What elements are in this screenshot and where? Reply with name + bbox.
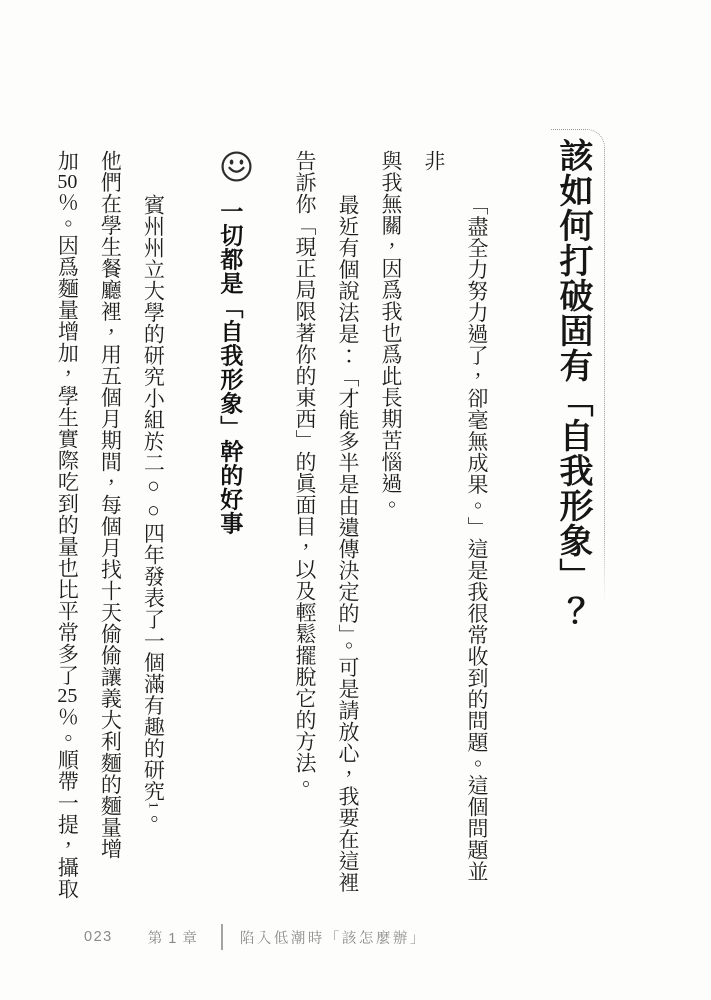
- text-run: 告訴你「現正局限著你的東西」的眞面目，以及輕鬆擺脫它的方法。: [293, 150, 317, 795]
- body-text-column: 最近有個說法是：「才能多半是由遺傳決定的」。可是請放心，我要在這裡: [326, 150, 369, 900]
- text-run: 他們在學生餐廳裡，用五個月期間，每個月找十天偷偷讓義大利麵的麵量增: [98, 150, 122, 860]
- smiley-face-icon: [220, 150, 253, 183]
- text-run: ％。因爲麵量增加，學生實際吃到的量也比平常多了: [55, 192, 79, 687]
- page-footer: 023 第 1 章 陷入低潮時「該怎麼辦」: [84, 922, 427, 952]
- book-page: 該如何打破固有「自我形象」？ 「盡全力努力過了，卻毫無成果。」這是我很常收到的問…: [0, 0, 711, 1000]
- body-text-block: 「盡全力努力過了，卻毫無成果。」這是我很常收到的問題。這個問題並非與我無關，因爲…: [86, 150, 498, 900]
- page-number: 023: [84, 929, 113, 945]
- text-run: 最近有個說法是：「才能多半是由遺傳決定的」。可是請放心，我要在這裡: [336, 194, 360, 893]
- footer-divider: [221, 924, 223, 950]
- text-run: 與我無關，因爲我也爲此長期苦惱過。: [379, 150, 403, 516]
- body-text-column: 告訴你「現正局限著你的東西」的眞面目，以及輕鬆擺脫它的方法。: [283, 150, 326, 900]
- text-run: 。: [141, 809, 165, 831]
- chapter-label: 第 1 章: [148, 927, 198, 948]
- body-text-column: 賓州州立大學的研究小組於二○○四年發表了一個滿有趣的研究1。: [131, 150, 175, 900]
- chapter-title-block: 該如何打破固有「自我形象」？: [540, 138, 604, 658]
- text-run: 賓州州立大學的研究小組於二○○四年發表了一個滿有趣的研究: [141, 194, 165, 802]
- body-text-column: 「盡全力努力過了，卻毫無成果。」這是我很常收到的問題。這個問題並非: [412, 150, 498, 900]
- body-text-column: 加50％。因爲麵量增加，學生實際吃到的量也比平常多了25％。順帶一提，攝取: [45, 150, 88, 900]
- section-heading: 一切都是「自我形象」幹的好事: [208, 150, 253, 900]
- body-text-column: 他們在學生餐廳裡，用五個月期間，每個月找十天偷偷讓義大利麵的麵量增: [88, 150, 131, 900]
- running-chapter-title: 陷入低潮時「該怎麼辦」: [240, 927, 427, 948]
- text-run: 「盡全力努力過了，卻毫無成果。」這是我很常收到的問題。這個問題並非: [422, 150, 489, 882]
- text-run: 加: [55, 150, 79, 172]
- horizontal-in-vertical-number: 25: [56, 686, 78, 706]
- chapter-title: 該如何打破固有「自我形象」？: [540, 138, 604, 658]
- horizontal-in-vertical-number: 50: [56, 172, 78, 192]
- text-run: ％。順帶一提，攝取: [55, 706, 79, 900]
- body-text-column: 與我無關，因爲我也爲此長期苦惱過。: [369, 150, 412, 900]
- text-run: 一切都是「自我形象」幹的好事: [217, 199, 243, 535]
